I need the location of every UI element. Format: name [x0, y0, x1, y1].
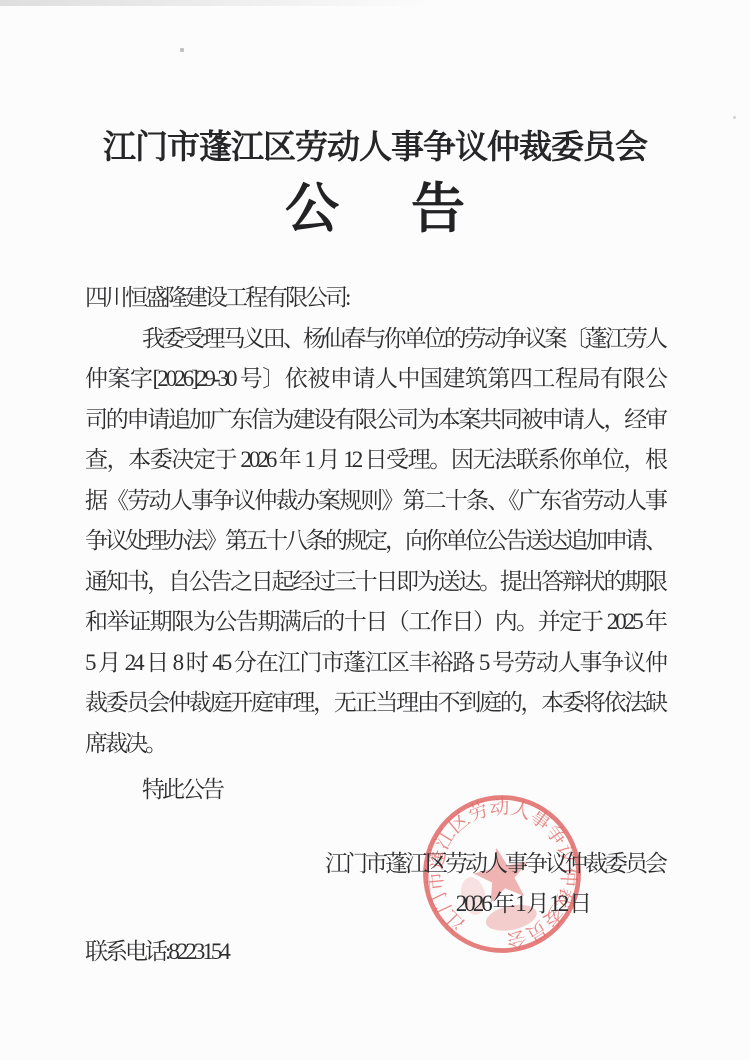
body-line: 通知书，自公告之日起经过三十日即为送达。提出答辩状的期限	[85, 562, 665, 603]
body-line: 我委受理马义田、杨仙春与你单位的劳动争议案〔蓬江劳人	[85, 319, 665, 360]
body-line: 据《劳动人事争议仲裁办案规则》第二十条、《广东省劳动人事	[85, 481, 665, 522]
notice-content: 江门市蓬江区劳动人事争议仲裁委员会 公告 四川恒盛隆建设工程有限公司: 我委受理…	[0, 124, 750, 972]
notice-title-char-right: 告	[411, 179, 465, 239]
body-line: 司的申请追加广东信为建设有限公司为本案共同被申请人，经审	[85, 400, 665, 441]
signature-date: 2026 年 1 月 12 日	[85, 884, 665, 925]
body-line: 仲案字[2026]29-30 号〕依被申请人中国建筑第四工程局有限公	[85, 359, 665, 400]
issuing-org-title: 江门市蓬江区劳动人事争议仲裁委员会	[0, 124, 750, 170]
notice-title-char-left: 公	[285, 179, 339, 239]
scanned-notice-page: 江门市蓬江区劳动人事争议仲裁委员会 江门市蓬江区劳动人事争议仲裁委员会 公告 四…	[0, 0, 750, 1060]
body-line: 5 月 24 日 8 时 45 分在江门市蓬江区丰裕路 5 号劳动人事争议仲	[85, 643, 665, 684]
scan-speck	[180, 48, 184, 52]
closing-line: 特此公告	[85, 770, 665, 811]
signature-org: 江门市蓬江区劳动人事争议仲裁委员会	[85, 844, 665, 885]
recipient-line: 四川恒盛隆建设工程有限公司:	[85, 278, 665, 319]
body-line: 查，本委决定于 2026 年 1 月 12 日受理。因无法联系你单位，根	[85, 440, 665, 481]
body-line: 争议处理办法》第五十八条的规定，向你单位公告送达追加申请、	[85, 521, 665, 562]
scan-edge-shadow	[0, 0, 435, 6]
notice-title: 公告	[0, 178, 750, 240]
body-line: 和举证期限为公告期满后的十日（工作日）内。并定于 2025 年	[85, 602, 665, 643]
body-line: 裁委员会仲裁庭开庭审理，无正当理由不到庭的，本委将依法缺	[85, 683, 665, 724]
body-line: 席裁决。	[85, 724, 665, 765]
scan-speck	[733, 116, 736, 119]
contact-phone: 联系电话:8223154	[85, 932, 665, 973]
